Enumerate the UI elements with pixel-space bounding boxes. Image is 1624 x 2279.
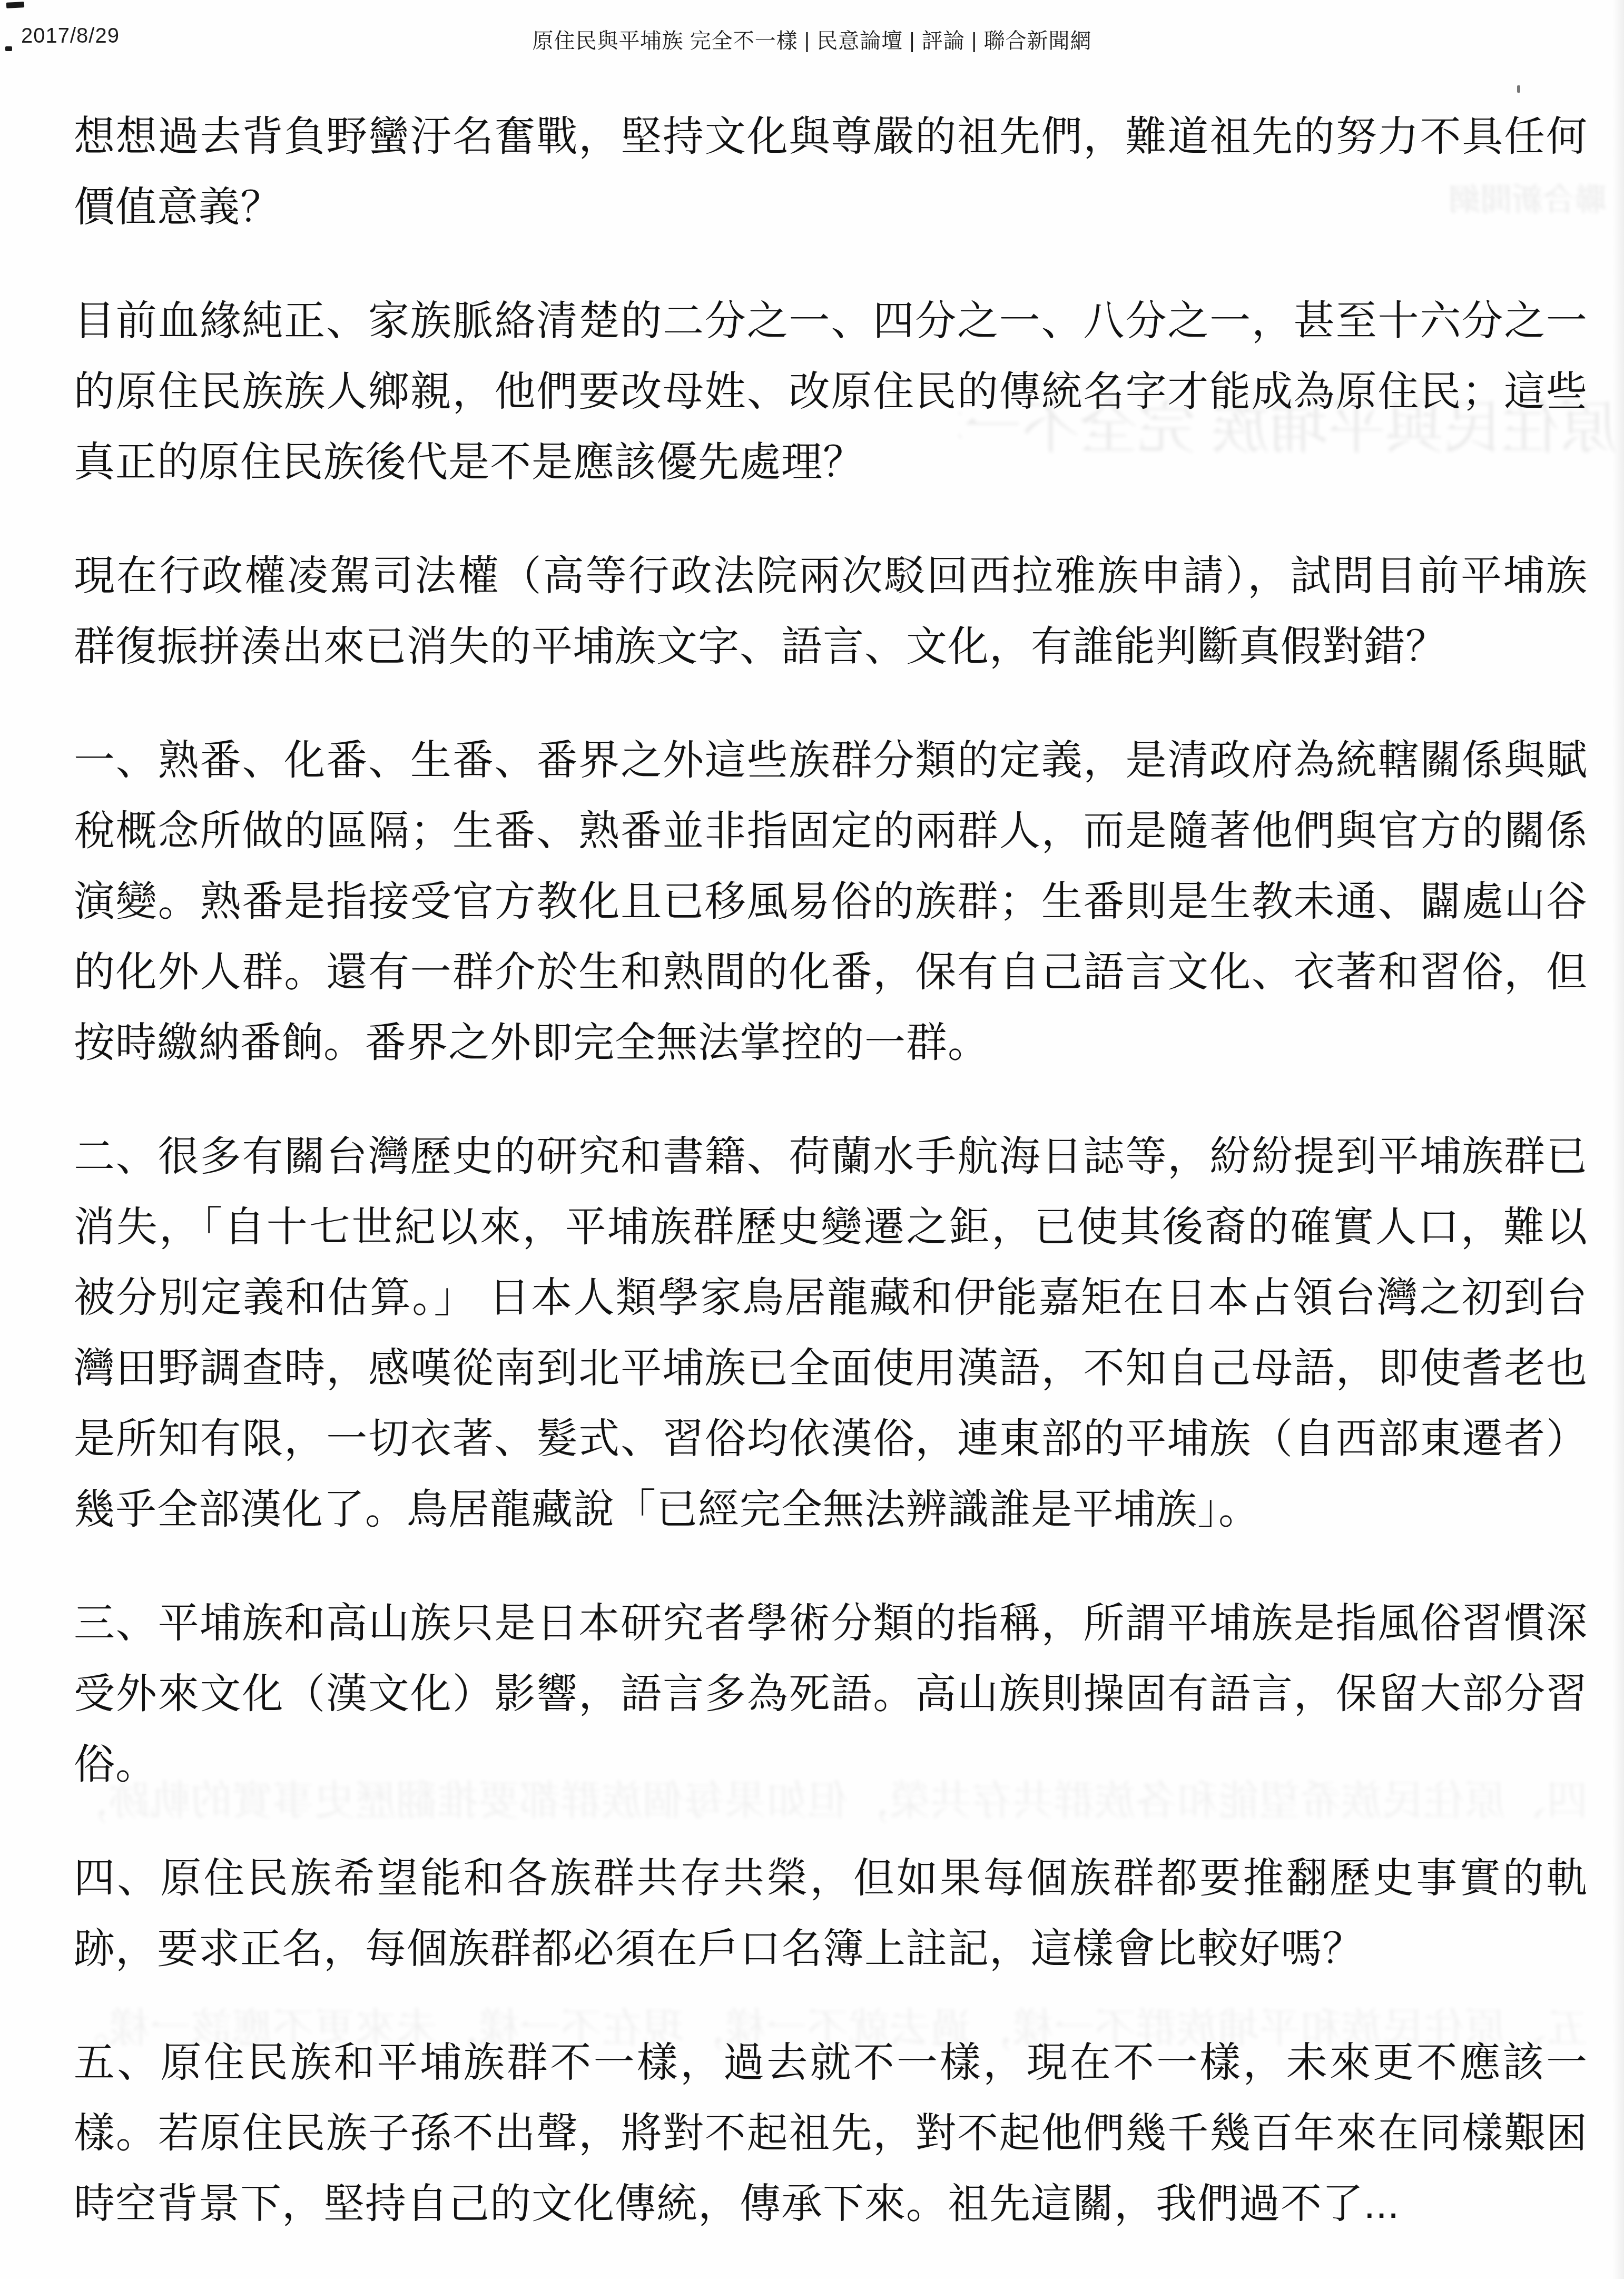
article-paragraph: 想想過去背負野蠻汙名奮戰，堅持文化與尊嚴的祖先們，難道祖先的努力不具任何價值意義…	[74, 101, 1588, 242]
article-paragraph-item-3: 三、平埔族和高山族只是日本研究者學術分類的指稱，所謂平埔族是指風俗習慣深受外來文…	[74, 1588, 1588, 1800]
printed-title: 原住民與平埔族 完全不一樣 | 民意論壇 | 評論 | 聯合新聞網	[0, 24, 1624, 54]
article-paragraph-item-4: 四、原住民族希望能和各族群共存共榮，但如果每個族群都要推翻歷史事實的軌跡，要求正…	[74, 1843, 1588, 1984]
article-paragraph-item-1: 一、熟番、化番、生番、番界之外這些族群分類的定義，是清政府為統轄關係與賦稅概念所…	[74, 725, 1588, 1078]
article-paragraph-item-5: 五、原住民族和平埔族群不一樣，過去就不一樣，現在不一樣，未來更不應該一樣。若原住…	[74, 2027, 1588, 2239]
scan-speck	[1517, 85, 1520, 93]
article-paragraph: 目前血緣純正、家族脈絡清楚的二分之一、四分之一、八分之一，甚至十六分之一的原住民…	[74, 286, 1588, 497]
scanned-document-page: 聯合新聞網 原住民與平埔族 完全不一樣 四、原住民族希望能和各族群共存共榮，但如…	[0, 0, 1624, 2279]
scan-speck	[6, 2, 25, 8]
article-paragraph: 現在行政權凌駕司法權（高等行政法院兩次駁回西拉雅族申請），試問目前平埔族群復振拼…	[74, 541, 1588, 682]
scan-edge-shadow	[1612, 0, 1624, 2279]
article-paragraph-item-2: 二、很多有關台灣歷史的研究和書籍、荷蘭水手航海日誌等，紛紛提到平埔族群已消失，「…	[74, 1121, 1588, 1545]
article-body: 想想過去背負野蠻汙名奮戰，堅持文化與尊嚴的祖先們，難道祖先的努力不具任何價值意義…	[74, 101, 1588, 2239]
